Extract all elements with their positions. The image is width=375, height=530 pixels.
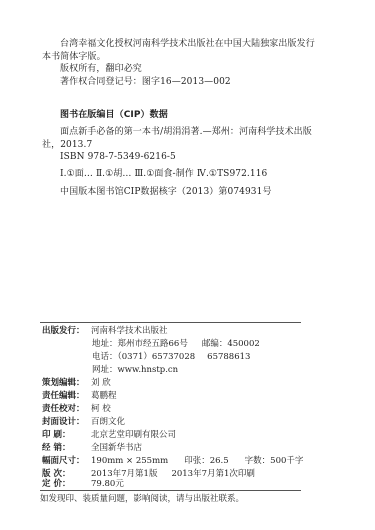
distributor-label: 经 销： — [42, 442, 91, 454]
planning-editor-row: 策划编辑：刘 欣 — [42, 377, 111, 389]
cover-design-label: 封面设计： — [42, 416, 91, 428]
size-row: 幅面尺寸：190mm × 255mm印张：26.5字数：500千字 — [42, 455, 303, 467]
planning-editor: 刘 欣 — [91, 378, 111, 388]
proofreader-label: 责任校对： — [42, 403, 91, 415]
phone-secondary: 65788613 — [207, 352, 250, 362]
proofreader: 柯 校 — [91, 404, 111, 414]
printer: 北京艺堂印刷有限公司 — [91, 430, 176, 440]
cover-design-row: 封面设计：百朗文化 — [42, 416, 125, 428]
address: 地址：郑州市经五路66号 — [92, 339, 188, 349]
publisher-name: 河南科学技术出版社 — [91, 326, 168, 336]
responsible-editor-row: 责任编辑：葛鹏程 — [42, 390, 117, 402]
printing: 2013年7月第1次印刷 — [171, 469, 254, 479]
size-label: 幅面尺寸： — [42, 455, 91, 467]
classification: Ⅰ.①面… Ⅱ.①胡… Ⅲ.①面食-制作 Ⅳ.①TS972.116 — [60, 168, 267, 180]
price-row: 定 价：79.80元 — [42, 478, 124, 490]
responsible-editor: 葛鹏程 — [91, 391, 117, 401]
rights-reserved: 版权所有，翻印必究 — [60, 63, 142, 75]
cip-title-line: 面点新手必备的第一本书/胡涓涓著.—郑州：河南科学技术出版 — [60, 126, 312, 138]
phone: 电话：（0371）65737028 — [92, 352, 195, 362]
postcode: 邮编：450002 — [202, 339, 260, 349]
website: 网址：www.hnstp.cn — [92, 365, 178, 375]
bottom-divider — [40, 490, 301, 491]
responsible-editor-label: 责任编辑： — [42, 390, 91, 402]
sheets: 印张：26.5 — [184, 456, 228, 466]
cip-title-line-cont: 社，2013.7 — [42, 139, 92, 151]
top-divider — [40, 322, 301, 323]
copyright-license-line-cont: 本书简体字版。 — [42, 51, 106, 63]
publisher-row: 出版发行：河南科学技术出版社 — [42, 325, 168, 337]
contract-registration-number: 著作权合同登记号：图字16—2013—002 — [60, 76, 231, 88]
cip-number: 中国版本图书馆CIP数据核字（2013）第074931号 — [60, 186, 272, 198]
copyright-license-line: 台湾幸福文化授权河南科学技术出版社在中国大陆独家出版发行 — [60, 38, 315, 50]
distributor: 全国新华书店 — [91, 443, 142, 453]
planning-editor-label: 策划编辑： — [42, 377, 91, 389]
quality-notice: 如发现印、装质量问题，影响阅读，请与出版社联系。 — [40, 493, 244, 505]
printer-label: 印 刷： — [42, 429, 91, 441]
isbn: ISBN 978-7-5349-6216-5 — [60, 151, 176, 163]
page-size: 190mm × 255mm — [91, 456, 168, 466]
distributor-row: 经 销：全国新华书店 — [42, 442, 142, 454]
price: 79.80元 — [91, 479, 124, 489]
address-row: 地址：郑州市经五路66号邮编：450002 — [92, 338, 260, 350]
publisher-label: 出版发行： — [42, 325, 91, 337]
proofreader-row: 责任校对：柯 校 — [42, 403, 111, 415]
cover-design: 百朗文化 — [91, 417, 125, 427]
word-count: 字数：500千字 — [245, 456, 304, 466]
price-label: 定 价： — [42, 478, 91, 490]
phone-row: 电话：（0371）6573702865788613 — [92, 351, 250, 363]
printer-row: 印 刷：北京艺堂印刷有限公司 — [42, 429, 176, 441]
website-row: 网址：www.hnstp.cn — [92, 364, 178, 376]
cip-heading: 图书在版编目（CIP）数据 — [60, 109, 168, 121]
